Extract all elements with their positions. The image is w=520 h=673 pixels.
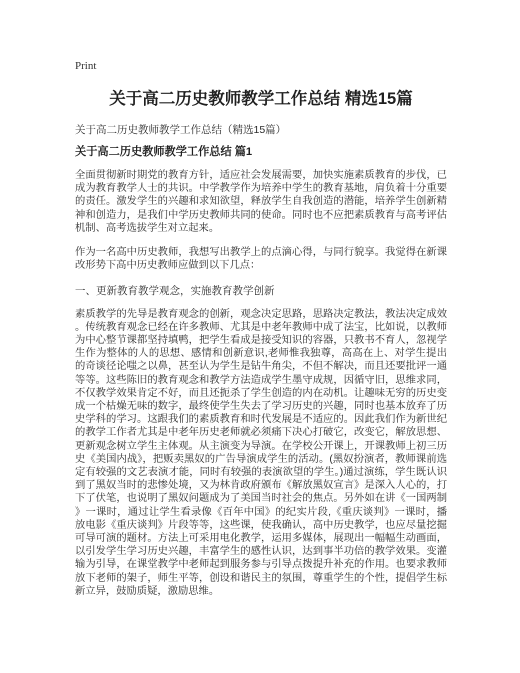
subheading-point-1: 一、更新教育教学观念，实施教育教学创新 <box>75 285 447 298</box>
paragraph-point-1: 素质教学的先导是教育观念的创新，观念决定思路，思路决定教法，教法决定成效。传统教… <box>75 308 447 598</box>
document-page: Print 关于高二历史教师教学工作总结 精选15篇 关于高二历史教师教学工作总… <box>0 0 520 598</box>
document-subtitle: 关于高二历史教师教学工作总结（精选15篇） <box>75 123 447 137</box>
section-heading-part1: 关于高二历史教师教学工作总结 篇1 <box>75 145 447 160</box>
paragraph-intro-1: 全面贯彻新时期党的教育方针，适应社会发展需要，加快实施素质教育的步伐，已成为教育… <box>75 169 447 235</box>
page-title: 关于高二历史教师教学工作总结 精选15篇 <box>75 89 447 110</box>
print-link[interactable]: Print <box>75 59 96 73</box>
paragraph-intro-2: 作为一名高中历史教师，我想写出教学上的点滴心得，与同行貌享。我觉得在新课改形势下… <box>75 246 447 272</box>
